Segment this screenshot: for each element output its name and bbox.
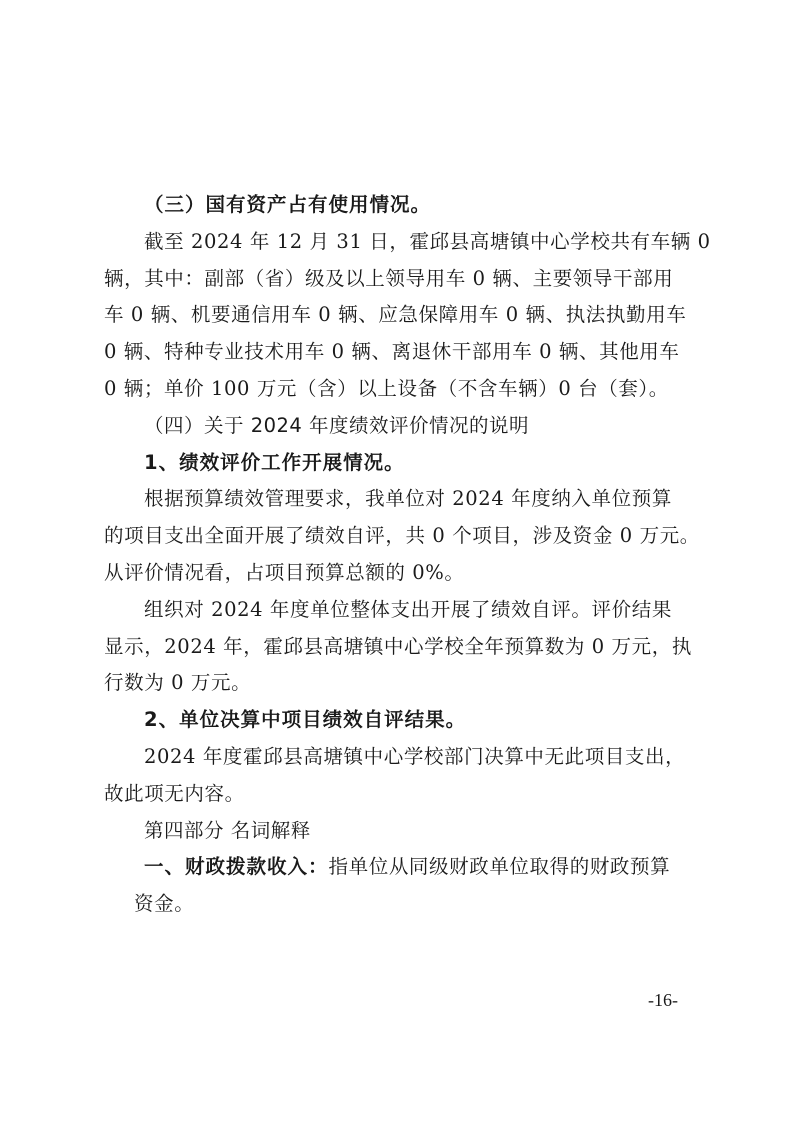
paragraph-line: 行数为 0 万元。 [104, 665, 692, 702]
part-heading-glossary: 第四部分 名词解释 [104, 813, 692, 850]
paragraph-line: 组织对 2024 年度单位整体支出开展了绩效自评。评价结果 [104, 592, 692, 629]
glossary-term-definition: 指单位从同级财政单位取得的财政预算 [329, 855, 671, 878]
glossary-term-label: 一、财政拨款收入： [144, 855, 329, 878]
paragraph-line: 故此项无内容。 [104, 776, 692, 813]
subsection-heading-self-evaluation-results: 2、单位决算中项目绩效自评结果。 [104, 702, 692, 739]
paragraph-line: 2024 年度霍邱县高塘镇中心学校部门决算中无此项目支出， [104, 739, 692, 776]
paragraph-line: 0 辆；单价 100 万元（含）以上设备（不含车辆）0 台（套）。 [104, 371, 692, 408]
section-heading-state-assets: （三）国有资产占有使用情况。 [104, 187, 692, 224]
glossary-term-line: 一、财政拨款收入：指单位从同级财政单位取得的财政预算 [104, 849, 692, 886]
paragraph-line: 的项目支出全面开展了绩效自评，共 0 个项目，涉及资金 0 万元。 [104, 518, 692, 555]
page-number: -16- [648, 990, 678, 1011]
paragraph-line: 根据预算绩效管理要求，我单位对 2024 年度纳入单位预算 [104, 481, 692, 518]
section-heading-performance-evaluation: （四）关于 2024 年度绩效评价情况的说明 [104, 408, 692, 445]
paragraph-line: 显示，2024 年，霍邱县高塘镇中心学校全年预算数为 0 万元，执 [104, 629, 692, 666]
subsection-heading-evaluation-work: 1、绩效评价工作开展情况。 [104, 445, 692, 482]
paragraph-line: 从评价情况看，占项目预算总额的 0%。 [104, 555, 692, 592]
document-page: （三）国有资产占有使用情况。 截至 2024 年 12 月 31 日，霍邱县高塘… [104, 187, 692, 923]
paragraph-line: 车 0 辆、机要通信用车 0 辆、应急保障用车 0 辆、执法执勤用车 [104, 297, 692, 334]
paragraph-line: 0 辆、特种专业技术用车 0 辆、离退休干部用车 0 辆、其他用车 [104, 334, 692, 371]
glossary-term-continuation: 资金。 [104, 886, 692, 923]
paragraph-line: 辆，其中：副部（省）级及以上领导用车 0 辆、主要领导干部用 [104, 261, 692, 298]
paragraph-line: 截至 2024 年 12 月 31 日，霍邱县高塘镇中心学校共有车辆 0 [104, 224, 692, 261]
